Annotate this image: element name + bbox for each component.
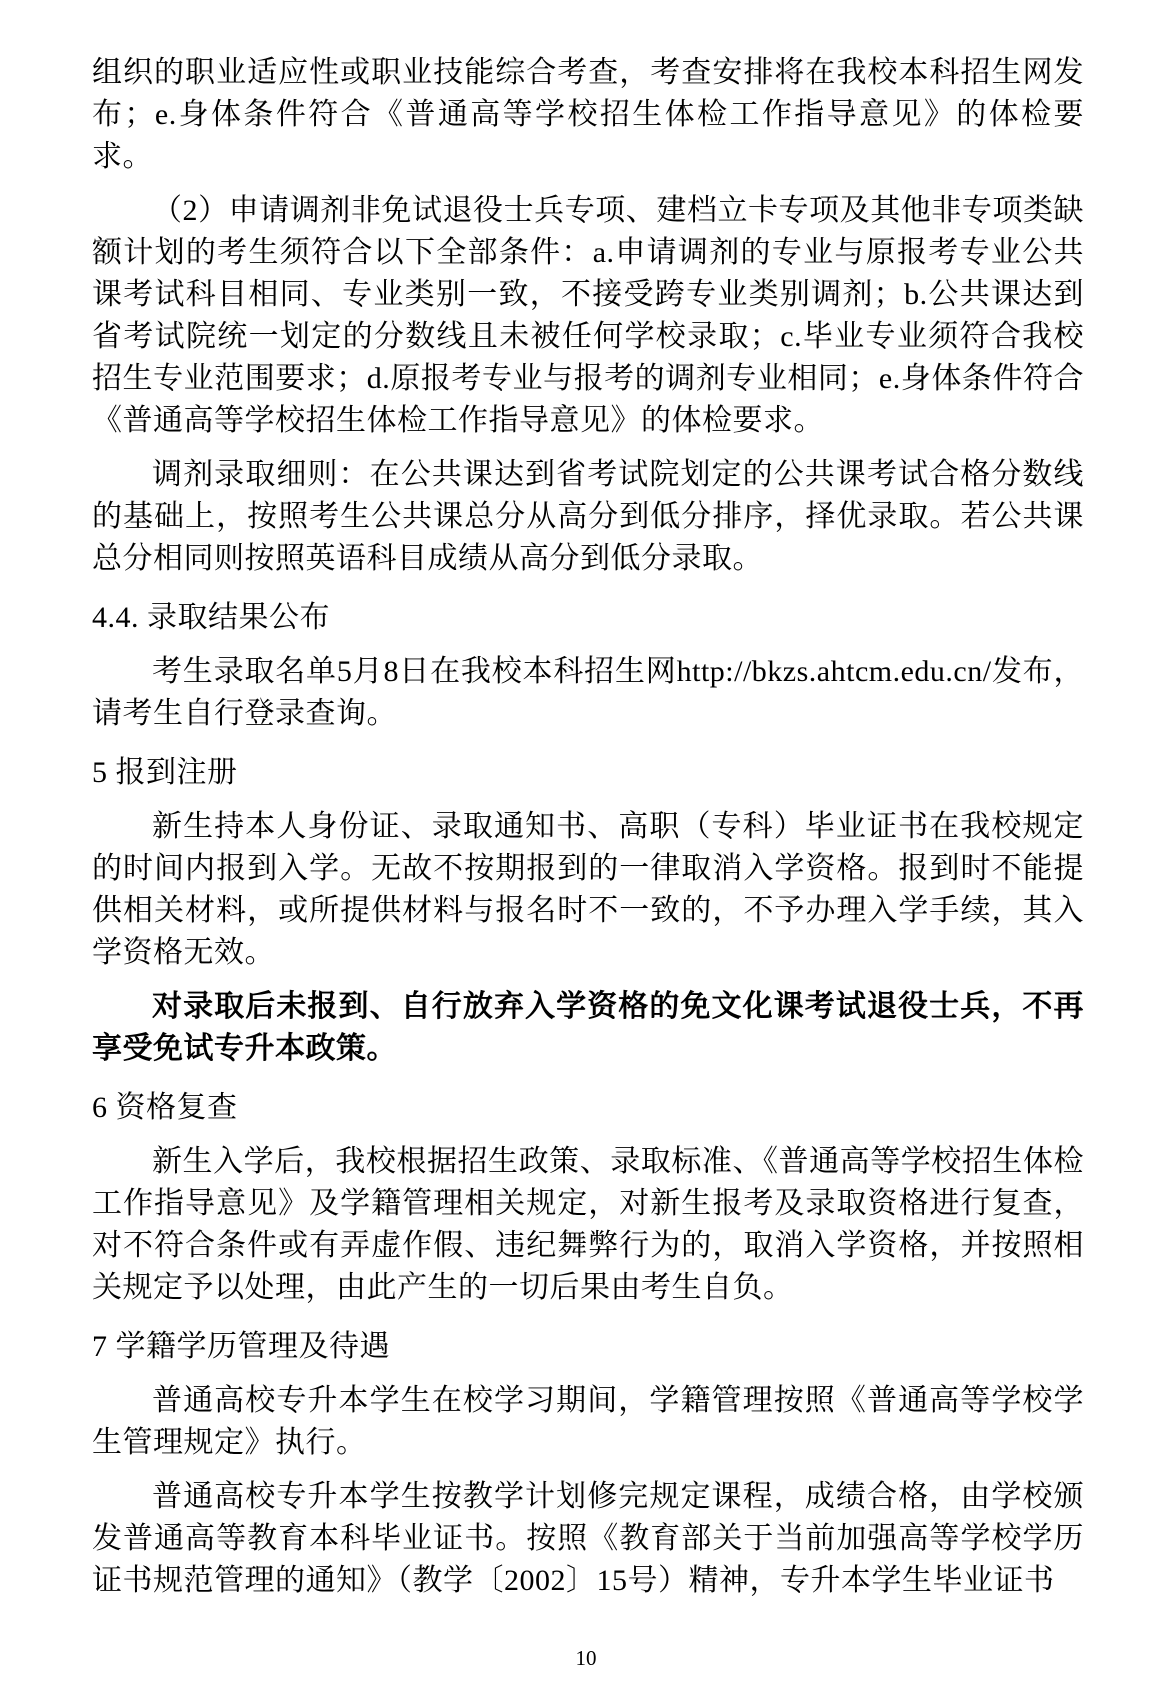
paragraph-exam-arrangement-continuation: 组织的职业适应性或职业技能综合考查，考查安排将在我校本科招生网发布；e.身体条件… <box>92 52 1084 178</box>
heading-student-status-management: 7 学籍学历管理及待遇 <box>92 1326 1084 1368</box>
paragraph-bold-veteran-notice: 对录取后未报到、自行放弃入学资格的免文化课考试退役士兵，不再享受免试专升本政策。 <box>92 986 1084 1070</box>
document-content: 组织的职业适应性或职业技能综合考查，考查安排将在我校本科招生网发布；e.身体条件… <box>92 52 1084 1602</box>
paragraph-registration-requirements: 新生持本人身份证、录取通知书、高职（专科）毕业证书在我校规定的时间内报到入学。无… <box>92 806 1084 974</box>
paragraph-transfer-admission-rules: 调剂录取细则：在公共课达到省考试院划定的公共课考试合格分数线的基础上，按照考生公… <box>92 454 1084 580</box>
page-number: 10 <box>0 1646 1172 1670</box>
heading-admission-results: 4.4. 录取结果公布 <box>92 597 1084 639</box>
paragraph-admission-list-publication: 考生录取名单5月8日在我校本科招生网http://bkzs.ahtcm.edu.… <box>92 651 1084 735</box>
heading-qualification-review: 6 资格复查 <box>92 1087 1084 1129</box>
paragraph-status-management-rules: 普通高校专升本学生在校学习期间，学籍管理按照《普通高等学校学生管理规定》执行。 <box>92 1380 1084 1464</box>
paragraph-qualification-review-details: 新生入学后，我校根据招生政策、录取标准、《普通高等学校招生体检工作指导意见》及学… <box>92 1141 1084 1309</box>
heading-registration: 5 报到注册 <box>92 752 1084 794</box>
paragraph-diploma-issuance: 普通高校专升本学生按教学计划修完规定课程，成绩合格，由学校颁发普通高等教育本科毕… <box>92 1476 1084 1602</box>
paragraph-transfer-conditions: （2）申请调剂非免试退役士兵专项、建档立卡专项及其他非专项类缺额计划的考生须符合… <box>92 190 1084 442</box>
document-page: 组织的职业适应性或职业技能综合考查，考查安排将在我校本科招生网发布；e.身体条件… <box>0 0 1172 1698</box>
